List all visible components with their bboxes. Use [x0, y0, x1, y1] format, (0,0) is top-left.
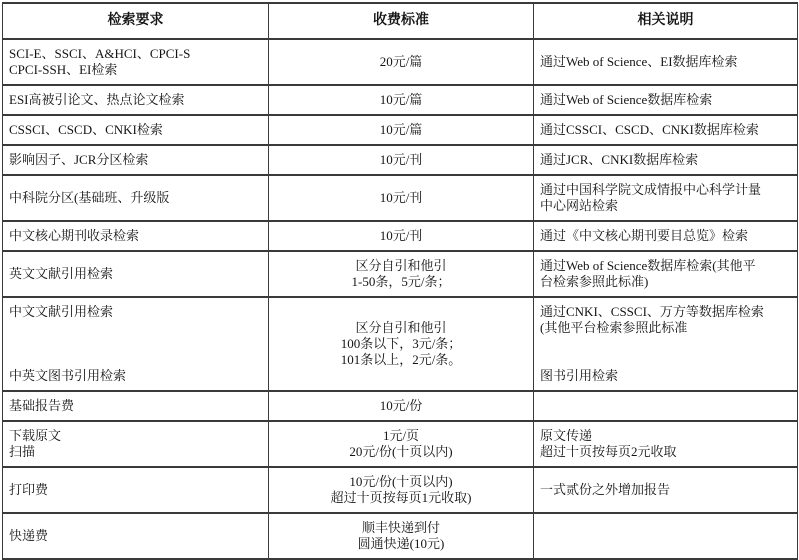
fee-cell: 20元/篇 [269, 39, 534, 85]
table-row: 打印费10元/份(十页以内)超过十页按每页1元收取)一式贰份之外增加报告 [3, 467, 798, 513]
table-row: 影响因子、JCR分区检索10元/刊通过JCR、CNKI数据库检索 [3, 145, 798, 175]
fee-cell: 顺丰快递到付圆通快递(10元) [269, 513, 534, 559]
cell-line: 20元/份(十页以内) [275, 444, 527, 460]
table-row: 下载原文扫描1元/页20元/份(十页以内)原文传递超过十页按每页2元收取 [3, 421, 798, 467]
cell-line: 影响因子、JCR分区检索 [9, 152, 262, 168]
note-cell [534, 513, 798, 559]
fee-cell: 区分自引和他引100条以下，3元/条；101条以上，2元/条。 [269, 297, 534, 391]
cell-line: 图书引用检索 [540, 368, 791, 384]
table-header-row: 检索要求 收费标准 相关说明 [3, 3, 798, 39]
table-row: 中文文献引用检索中英文图书引用检索区分自引和他引100条以下，3元/条；101条… [3, 297, 798, 391]
header-fee-standard: 收费标准 [269, 3, 534, 39]
cell-top-group: 通过CNKI、CSSCI、万方等数据库检索(其他平台检索参照此标准 [540, 304, 791, 336]
cell-line: 快递费 [9, 528, 262, 544]
cell-line: 超过十页按每页2元收取 [540, 444, 791, 460]
cell-line: ESI高被引论文、热点论文检索 [9, 92, 262, 108]
cell-line: 通过CNKI、CSSCI、万方等数据库检索 [540, 304, 791, 320]
cell-line: 原文传递 [540, 428, 791, 444]
cell-line: 下载原文 [9, 428, 262, 444]
note-cell: 通过CSSCI、CSCD、CNKI数据库检索 [534, 115, 798, 145]
requirement-cell: 英文文献引用检索 [3, 251, 269, 297]
note-cell: 一式贰份之外增加报告 [534, 467, 798, 513]
table-row: ESI高被引论文、热点论文检索10元/篇通过Web of Science数据库检… [3, 85, 798, 115]
cell-line: 10元/份 [275, 398, 527, 414]
note-cell: 通过《中文核心期刊要目总览》检索 [534, 221, 798, 251]
cell-line: CSSCI、CSCD、CNKI检索 [9, 122, 262, 138]
fee-table: 检索要求 收费标准 相关说明 SCI-E、SSCI、A&HCI、CPCI-SCP… [2, 2, 798, 560]
table-row: CSSCI、CSCD、CNKI检索10元/篇通过CSSCI、CSCD、CNKI数… [3, 115, 798, 145]
cell-line: 100条以下，3元/条； [275, 336, 527, 352]
requirement-cell: 基础报告费 [3, 391, 269, 421]
note-cell: 通过Web of Science、EI数据库检索 [534, 39, 798, 85]
fee-cell: 10元/篇 [269, 115, 534, 145]
note-cell: 通过中国科学院文成情报中心科学计量中心网站检索 [534, 175, 798, 221]
cell-bottom-group: 图书引用检索 [540, 368, 791, 384]
fee-schedule-sheet: 检索要求 收费标准 相关说明 SCI-E、SSCI、A&HCI、CPCI-SCP… [0, 0, 799, 559]
fee-cell: 10元/份 [269, 391, 534, 421]
fee-cell: 1元/页20元/份(十页以内) [269, 421, 534, 467]
cell-top-group: 中文文献引用检索 [9, 304, 262, 320]
note-cell: 通过JCR、CNKI数据库检索 [534, 145, 798, 175]
requirement-cell: 中科院分区(基础班、升级版 [3, 175, 269, 221]
cell-line: 通过《中文核心期刊要目总览》检索 [540, 228, 791, 244]
cell-line: 区分自引和他引 [275, 320, 527, 336]
table-row: 中科院分区(基础班、升级版10元/刊通过中国科学院文成情报中心科学计量中心网站检… [3, 175, 798, 221]
requirement-cell: 打印费 [3, 467, 269, 513]
cell-line: 英文文献引用检索 [9, 266, 262, 282]
cell-line: 10元/刊 [275, 152, 527, 168]
requirement-cell: CSSCI、CSCD、CNKI检索 [3, 115, 269, 145]
cell-line: SCI-E、SSCI、A&HCI、CPCI-S [9, 46, 262, 62]
cell-line: 10元/篇 [275, 92, 527, 108]
fee-cell: 10元/篇 [269, 85, 534, 115]
cell-line: 1元/页 [275, 428, 527, 444]
cell-line: 打印费 [9, 482, 262, 498]
cell-line: 通过Web of Science数据库检索(其他平 [540, 258, 791, 274]
cell-line: 通过中国科学院文成情报中心科学计量 [540, 182, 791, 198]
note-cell: 通过Web of Science数据库检索(其他平台检索参照此标准) [534, 251, 798, 297]
cell-line: 台检索参照此标准) [540, 274, 791, 290]
cell-line: 10元/刊 [275, 228, 527, 244]
requirement-cell: ESI高被引论文、热点论文检索 [3, 85, 269, 115]
table-row: SCI-E、SSCI、A&HCI、CPCI-SCPCI-SSH、EI检索20元/… [3, 39, 798, 85]
requirement-cell: 下载原文扫描 [3, 421, 269, 467]
note-cell: 通过Web of Science数据库检索 [534, 85, 798, 115]
requirement-cell: 快递费 [3, 513, 269, 559]
cell-line: 通过CSSCI、CSCD、CNKI数据库检索 [540, 122, 791, 138]
header-requirement: 检索要求 [3, 3, 269, 39]
fee-cell: 10元/刊 [269, 175, 534, 221]
cell-line: 1-50条，5元/条； [275, 274, 527, 290]
cell-line: 10元/篇 [275, 122, 527, 138]
cell-line: 通过Web of Science数据库检索 [540, 92, 791, 108]
cell-line: 顺丰快递到付 [275, 520, 527, 536]
cell-line: 中科院分区(基础班、升级版 [9, 190, 262, 206]
table-body: SCI-E、SSCI、A&HCI、CPCI-SCPCI-SSH、EI检索20元/… [3, 39, 798, 559]
requirement-cell: 影响因子、JCR分区检索 [3, 145, 269, 175]
cell-line: 中文核心期刊收录检索 [9, 228, 262, 244]
note-cell: 通过CNKI、CSSCI、万方等数据库检索(其他平台检索参照此标准图书引用检索 [534, 297, 798, 391]
table-row: 中文核心期刊收录检索10元/刊通过《中文核心期刊要目总览》检索 [3, 221, 798, 251]
cell-line: 扫描 [9, 444, 262, 460]
cell-line: 10元/刊 [275, 190, 527, 206]
cell-line: 区分自引和他引 [275, 258, 527, 274]
cell-line: 超过十页按每页1元收取) [275, 490, 527, 506]
fee-cell: 10元/刊 [269, 145, 534, 175]
cell-line: 通过Web of Science、EI数据库检索 [540, 54, 791, 70]
requirement-cell: 中文文献引用检索中英文图书引用检索 [3, 297, 269, 391]
cell-line: 中英文图书引用检索 [9, 368, 262, 384]
table-row: 英文文献引用检索区分自引和他引1-50条，5元/条；通过Web of Scien… [3, 251, 798, 297]
fee-cell: 10元/刊 [269, 221, 534, 251]
cell-line: CPCI-SSH、EI检索 [9, 62, 262, 78]
fee-cell: 区分自引和他引1-50条，5元/条； [269, 251, 534, 297]
cell-line: 101条以上，2元/条。 [275, 352, 527, 368]
table-row: 快递费顺丰快递到付圆通快递(10元) [3, 513, 798, 559]
header-related-notes: 相关说明 [534, 3, 798, 39]
fee-cell: 10元/份(十页以内)超过十页按每页1元收取) [269, 467, 534, 513]
requirement-cell: 中文核心期刊收录检索 [3, 221, 269, 251]
cell-bottom-group: 中英文图书引用检索 [9, 368, 262, 384]
requirement-cell: SCI-E、SSCI、A&HCI、CPCI-SCPCI-SSH、EI检索 [3, 39, 269, 85]
cell-line: 一式贰份之外增加报告 [540, 482, 791, 498]
cell-line: 圆通快递(10元) [275, 536, 527, 552]
cell-line: 基础报告费 [9, 398, 262, 414]
cell-line: 中文文献引用检索 [9, 304, 262, 320]
note-cell: 原文传递超过十页按每页2元收取 [534, 421, 798, 467]
note-cell [534, 391, 798, 421]
cell-line: 通过JCR、CNKI数据库检索 [540, 152, 791, 168]
cell-line: 10元/份(十页以内) [275, 474, 527, 490]
cell-line: 中心网站检索 [540, 198, 791, 214]
cell-line: (其他平台检索参照此标准 [540, 320, 791, 336]
cell-line: 20元/篇 [275, 54, 527, 70]
table-row: 基础报告费10元/份 [3, 391, 798, 421]
